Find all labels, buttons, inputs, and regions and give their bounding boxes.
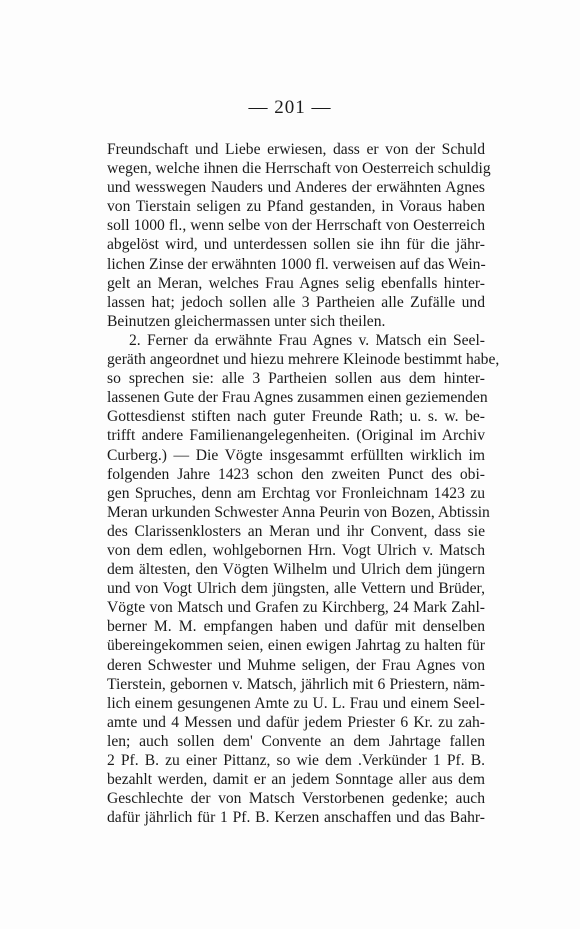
text-line: so sprechen sie: alle 3 Partheien sollen… [107, 369, 485, 388]
text-line: berner M. M. empfangen haben und dafür m… [107, 617, 485, 636]
text-line: wegen, welche ihnen die Herrschaft von O… [107, 159, 485, 178]
text-line: von Tierstain seligen zu Pfand gestanden… [107, 197, 485, 216]
text-line: Freundschaft und Liebe erwiesen, dass er… [107, 140, 485, 159]
text-line: und von Vogt Ulrich dem jüngsten, alle V… [107, 579, 485, 598]
text-line: und wesswegen Nauders und Anderes der er… [107, 178, 485, 197]
text-line: trifft andere Familienangelegenheiten. (… [107, 426, 485, 445]
text-line: amte und 4 Messen und dafür jedem Priest… [107, 713, 485, 732]
text-line: bezahlt werden, damit er an jedem Sonnta… [107, 770, 485, 789]
text-line: Vögte von Matsch und Grafen zu Kirchberg… [107, 598, 485, 617]
text-line: deren Schwester und Muhme seligen, der F… [107, 656, 485, 675]
page-number-header: — 201 — [0, 97, 580, 119]
text-line: dem ältesten, den Vögten Wilhelm und Ulr… [107, 560, 485, 579]
text-line: Tierstein, gebornen v. Matsch, jährlich … [107, 675, 485, 694]
text-line: des Clarissenklosters an Meran und ihr C… [107, 522, 485, 541]
text-line: lich einem gesungenen Amte zu U. L. Frau… [107, 694, 485, 713]
text-line: 2 Pf. B. zu einer Pittanz, so wie dem .V… [107, 751, 485, 770]
text-line: abgelöst wird, und unterdessen sollen si… [107, 235, 485, 254]
text-line: gelt an Meran, welches Frau Agnes selig … [107, 274, 485, 293]
text-line: soll 1000 fl., wenn selbe von der Herrsc… [107, 216, 485, 235]
text-line: von dem edlen, wohlgebornen Hrn. Vogt Ul… [107, 541, 485, 560]
paragraph-start-line: 2. Ferner da erwähnte Frau Agnes v. Mats… [107, 331, 485, 350]
text-line: Meran urkunden Schwester Anna Peurin von… [107, 503, 485, 522]
text-line: lassenen Gute der Frau Agnes zusammen ei… [107, 388, 485, 407]
text-line: lassen hat; jedoch sollen alle 3 Parthei… [107, 293, 485, 312]
text-line: Curberg.) — Die Vögte insgesammt erfüllt… [107, 446, 485, 465]
text-line: übereingekommen seien, einen ewigen Jahr… [107, 636, 485, 655]
text-line: folgenden Jahre 1423 schon den zweiten P… [107, 465, 485, 484]
text-line: Geschlechte der von Matsch Verstorbenen … [107, 789, 485, 808]
text-line: dafür jährlich für 1 Pf. B. Kerzen ansch… [107, 808, 485, 827]
body-text: Freundschaft und Liebe erwiesen, dass er… [107, 140, 485, 827]
text-line: len; auch sollen dem' Convente an dem Ja… [107, 732, 485, 751]
text-line: lichen Zinse der erwähnten 1000 fl. verw… [107, 255, 485, 274]
text-line: geräth angeordnet und hiezu mehrere Klei… [107, 350, 485, 369]
paragraph-end-line: Beinutzen gleichermassen unter sich thei… [107, 312, 485, 331]
text-line: Gottesdienst stiften nach guter Freunde … [107, 407, 485, 426]
text-line: gen Spruches, denn am Erchtag vor Fronle… [107, 484, 485, 503]
